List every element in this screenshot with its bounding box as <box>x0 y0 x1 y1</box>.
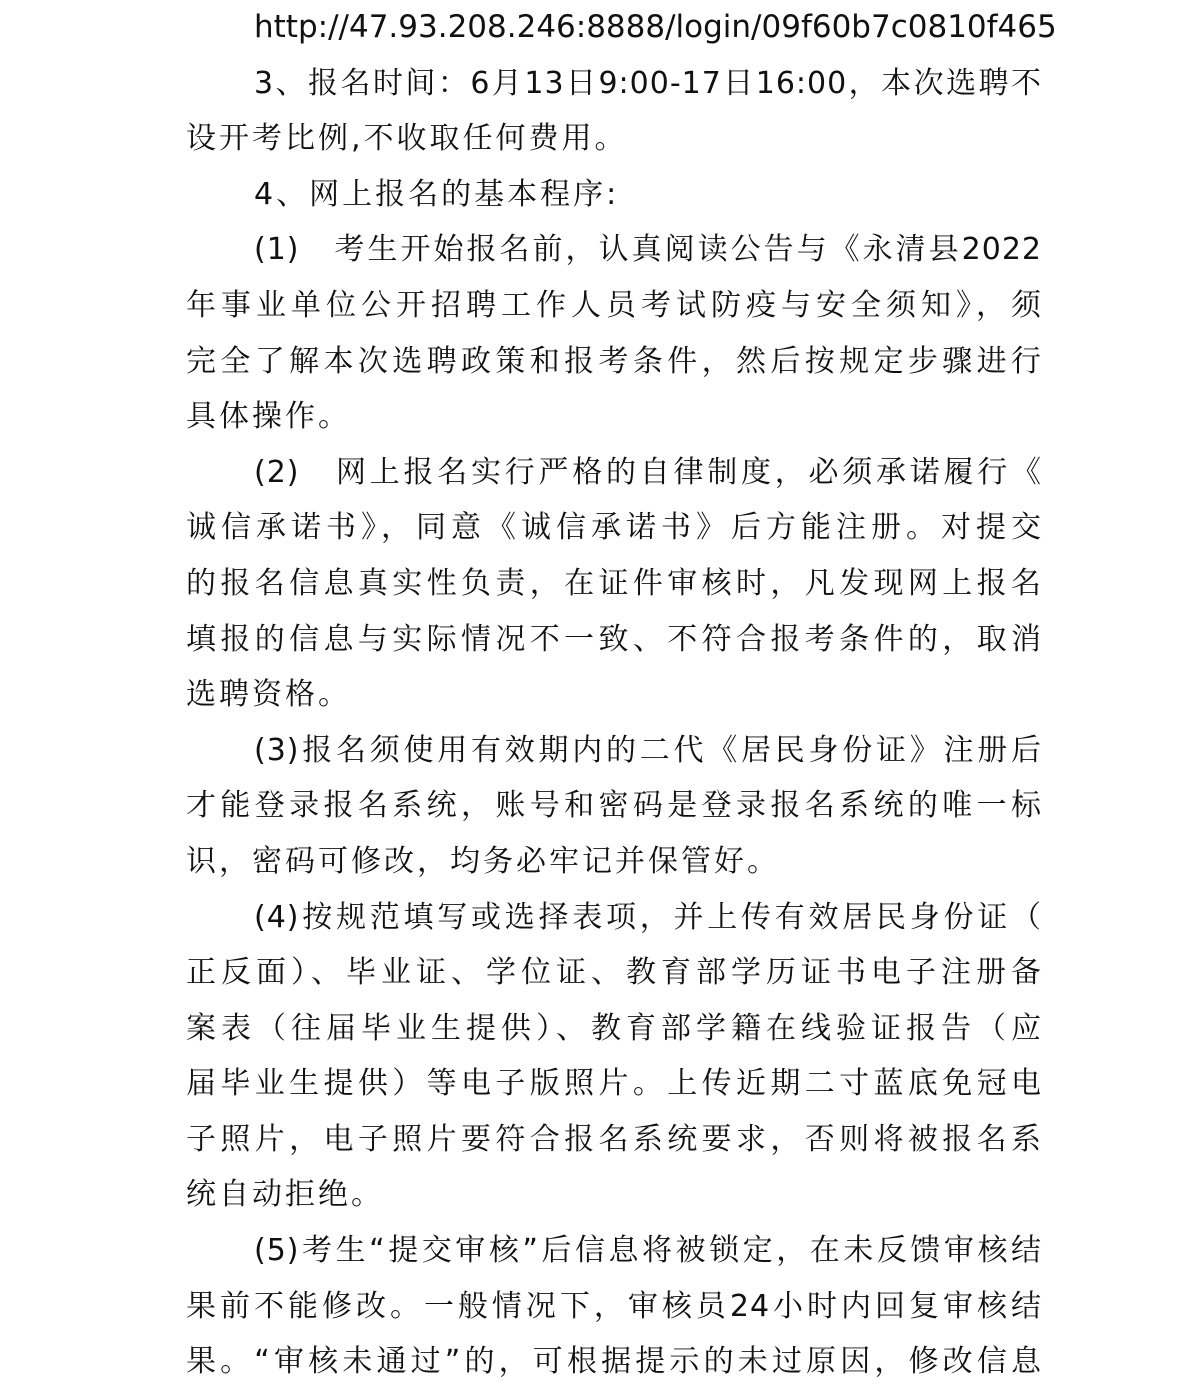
no-fee-line: 设开考比例,不收取任何费用。 <box>186 111 1042 167</box>
step-1-line-1: (1) 考生开始报名前，认真阅读公告与《永清县2022 <box>186 222 1042 278</box>
step-4-line-4: 届毕业生提供）等电子版照片。上传近期二寸蓝底免冠电 <box>186 1056 1042 1112</box>
registration-url-line[interactable]: http://47.93.208.246:8888/login/09f60b7c… <box>186 0 1042 56</box>
step-2-line-3: 的报名信息真实性负责，在证件审核时，凡发现网上报名 <box>186 556 1042 612</box>
step-1-line-2: 年事业单位公开招聘工作人员考试防疫与安全须知》，须 <box>186 278 1042 334</box>
step-4-line-1: (4)按规范填写或选择表项，并上传有效居民身份证（ <box>186 890 1042 946</box>
document-page: http://47.93.208.246:8888/login/09f60b7c… <box>186 0 1042 1390</box>
step-2-line-1: (2) 网上报名实行严格的自律制度，必须承诺履行《 <box>186 445 1042 501</box>
step-2-line-5: 选聘资格。 <box>186 667 1042 723</box>
step-5-line-1: (5)考生“提交审核”后信息将被锁定，在未反馈审核结 <box>186 1223 1042 1279</box>
step-4-line-5: 子照片，电子照片要符合报名系统要求，否则将被报名系 <box>186 1112 1042 1168</box>
step-3-line-2: 才能登录报名系统，账号和密码是登录报名系统的唯一标 <box>186 778 1042 834</box>
step-4-line-6: 统自动拒绝。 <box>186 1167 1042 1223</box>
step-1-line-3: 完全了解本次选聘政策和报考条件，然后按规定步骤进行 <box>186 334 1042 390</box>
procedure-heading: 4、网上报名的基本程序: <box>186 167 1042 223</box>
step-1-line-4: 具体操作。 <box>186 389 1042 445</box>
step-3-line-3: 识，密码可修改，均务必牢记并保管好。 <box>186 834 1042 890</box>
step-3-line-1: (3)报名须使用有效期内的二代《居民身份证》注册后 <box>186 723 1042 779</box>
step-2-line-4: 填报的信息与实际情况不一致、不符合报考条件的，取消 <box>186 612 1042 668</box>
step-5-line-3: 果。“审核未通过”的，可根据提示的未过原因，修改信息 <box>186 1334 1042 1390</box>
step-4-line-2: 正反面）、毕业证、学位证、教育部学历证书电子注册备 <box>186 945 1042 1001</box>
registration-time-line: 3、报名时间：6月13日9:00-17日16:00，本次选聘不 <box>186 56 1042 112</box>
step-2-line-2: 诚信承诺书》，同意《诚信承诺书》后方能注册。对提交 <box>186 500 1042 556</box>
step-4-line-3: 案表（往届毕业生提供）、教育部学籍在线验证报告（应 <box>186 1001 1042 1057</box>
step-5-line-2: 果前不能修改。一般情况下，审核员24小时内回复审核结 <box>186 1279 1042 1335</box>
